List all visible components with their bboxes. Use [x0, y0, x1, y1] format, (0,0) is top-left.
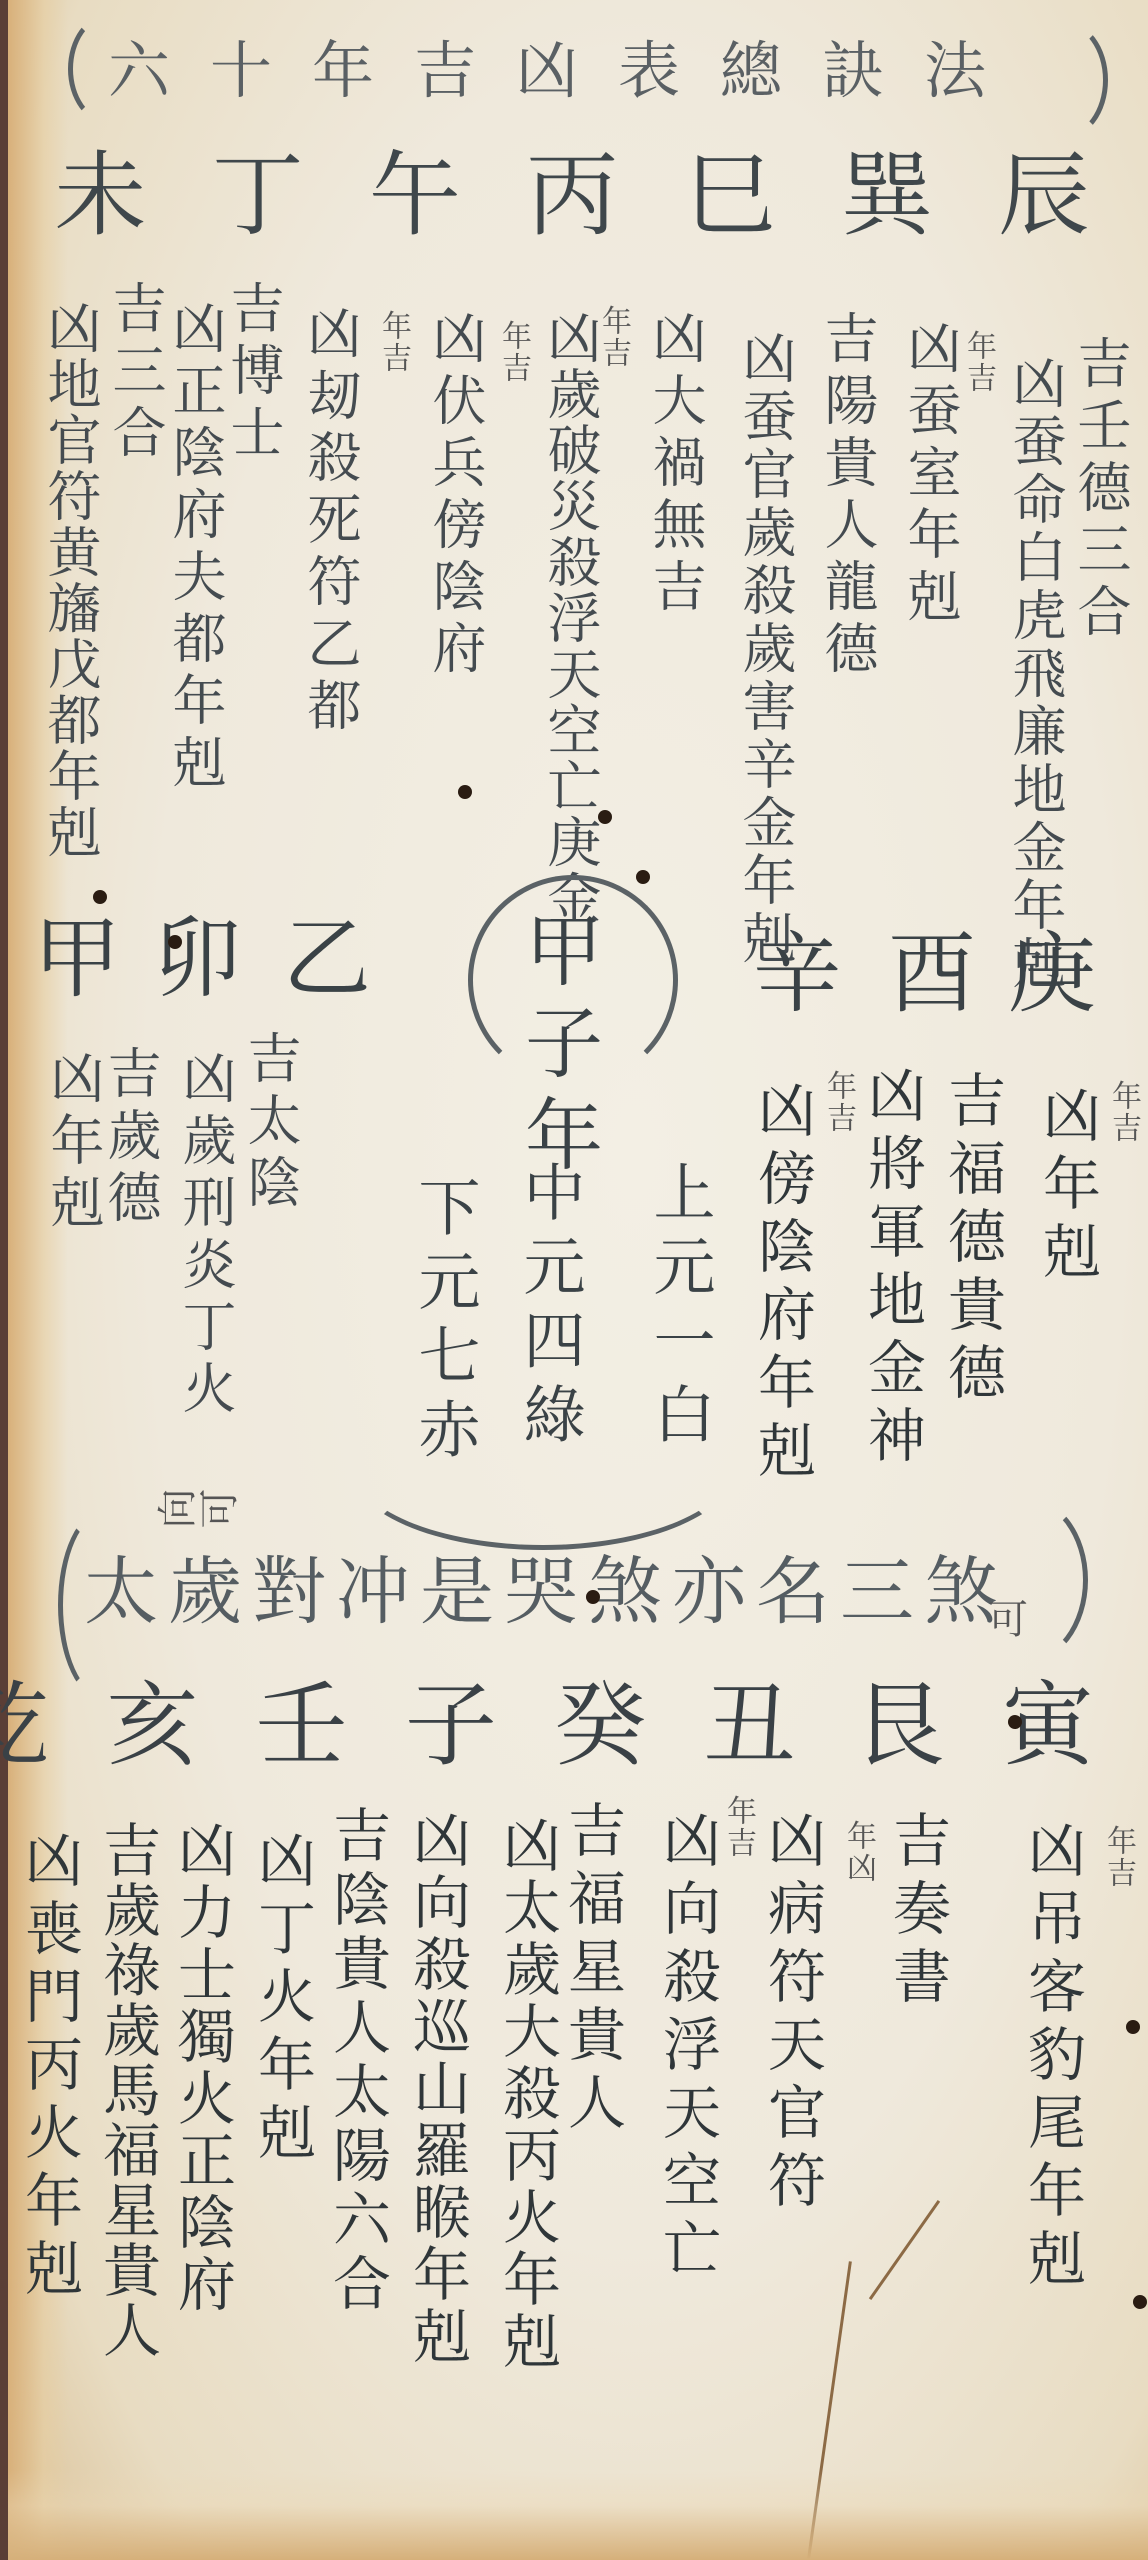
direction-gen: 艮 — [853, 1672, 959, 1779]
annotation-column: 吉陰貴人太陽六合 — [328, 1805, 386, 2317]
annotation-column: 凶大禍無吉 — [648, 310, 702, 620]
annotation-column: 凶歲刑炎丁火 — [178, 1050, 232, 1422]
direction-wu: 午 — [369, 142, 479, 249]
annotation-column: 凶刼殺死符乙都 — [303, 305, 357, 739]
annotation-column: 凶地官符黄旛戊都年剋 — [43, 300, 97, 860]
paper-crack — [807, 2261, 852, 2558]
annotation-column: 凶病符天官符 — [763, 1810, 821, 2218]
annotation-column: 凶太歲大殺丙火年剋 — [498, 1815, 556, 2373]
direction-chen: 辰 — [998, 142, 1108, 249]
direction-ding: 丁 — [212, 142, 322, 249]
banner-arc-mid — [348, 1380, 738, 1550]
bottom-direction-row: 戌 乾 亥 壬 子 癸 丑 艮 寅 — [28, 1680, 1108, 1772]
annotation-column: 凶蚕命白虎飛廉地金年剋 — [1008, 355, 1062, 993]
center-year: 甲子年 — [518, 910, 596, 1186]
worm-hole — [1133, 2295, 1147, 2309]
banner-right-note: 可 — [988, 1600, 1030, 1640]
year-note: 年吉 — [1103, 1825, 1133, 1889]
year-note: 年吉 — [823, 1070, 853, 1134]
direction-yi: 乙 — [283, 915, 371, 1003]
worm-hole — [93, 890, 107, 904]
direction-you: 酉 — [888, 930, 976, 1018]
direction-xin: 辛 — [753, 930, 841, 1018]
annotation-column: 凶吊客豹尾年剋 — [1023, 1820, 1081, 2296]
paper-crack — [869, 2200, 940, 2300]
annotation-column: 凶年剋 — [1038, 1085, 1096, 1289]
direction-bing: 丙 — [526, 142, 636, 249]
direction-xun: 巽 — [841, 142, 951, 249]
annotation-column: 凶丁火年剋 — [253, 1830, 311, 2170]
annotation-column: 凶伏兵傍陰府 — [428, 310, 482, 682]
direction-gui: 癸 — [554, 1672, 660, 1779]
annotation-column: 吉三合 — [108, 280, 162, 466]
worm-hole — [586, 1590, 600, 1604]
banner-left-note: 向可 — [156, 1492, 240, 1532]
worm-hole — [458, 785, 472, 799]
worm-hole — [1126, 2020, 1140, 2034]
manuscript-page: 六十年吉凶表總訣法 申 坤 未 丁 午 丙 巳 巽 辰 吉壬德三合 凶蚕命白虎飛… — [8, 0, 1148, 2560]
direction-si: 巳 — [683, 142, 793, 249]
worm-hole — [1008, 1715, 1022, 1729]
annotation-column: 凶向殺巡山羅睺年剋 — [408, 1810, 466, 2368]
year-note: 年吉 — [598, 305, 628, 369]
top-direction-row: 申 坤 未 丁 午 丙 巳 巽 辰 — [48, 150, 1108, 242]
annotation-column: 凶蚕室年剋 — [903, 320, 957, 630]
direction-wei: 未 — [54, 142, 164, 249]
annotation-column: 吉歲祿歲馬福星貴人 — [98, 1820, 156, 2360]
annotation-column: 凶喪門丙火年剋 — [20, 1830, 78, 2306]
annotation-column: 吉福德貴德 — [943, 1070, 1001, 1410]
direction-geng: 庚 — [1008, 930, 1096, 1018]
annotation-column: 凶向殺浮天空亡 — [658, 1810, 716, 2286]
annotation-column: 凶將軍地金神 — [863, 1065, 921, 1473]
year-note: 年吉 — [1108, 1080, 1138, 1144]
direction-chou: 丑 — [703, 1672, 809, 1779]
direction-jia: 甲 — [33, 915, 121, 1003]
annotation-column: 凶正陰府夫都年剋 — [168, 300, 222, 796]
annotation-column: 凶蚕官歲殺歲害辛金年剋 — [738, 330, 792, 968]
worm-hole — [168, 935, 182, 949]
annotation-column: 吉陽貴人龍德 — [820, 310, 874, 682]
annotation-column: 凶歲破災殺浮天空亡庚金 — [543, 310, 597, 926]
title-bracket-right — [1018, 20, 1108, 140]
direction-kun: 坤 — [0, 142, 7, 249]
direction-zi: 子 — [405, 1672, 511, 1779]
banner-text: 太歲對冲是哭煞亦名三煞 — [88, 1555, 1008, 1629]
annotation-column: 凶力士獨火正陰府 — [173, 1820, 231, 2316]
year-note: 年凶 — [843, 1820, 873, 1884]
direction-qian: 乾 — [0, 1672, 63, 1779]
worm-hole — [598, 810, 612, 824]
annotation-column: 吉歲德 — [103, 1045, 157, 1231]
worm-hole — [636, 870, 650, 884]
direction-hai: 亥 — [106, 1672, 212, 1779]
annotation-column: 吉福星貴人 — [563, 1800, 621, 2140]
annotation-column: 凶年剋 — [46, 1050, 100, 1236]
year-note: 年吉 — [963, 330, 993, 394]
year-note: 年吉 — [498, 320, 528, 384]
direction-mao: 卯 — [153, 915, 241, 1003]
year-note: 年吉 — [723, 1795, 753, 1859]
annotation-column: 凶傍陰府年剋 — [753, 1080, 811, 1488]
year-note: 年吉 — [378, 310, 408, 374]
page-title: 六十年吉凶表總訣法 — [108, 40, 1026, 102]
annotation-column: 吉博士 — [226, 280, 280, 466]
direction-ren: 壬 — [256, 1672, 362, 1779]
annotation-column: 吉壬德三合 — [1073, 335, 1127, 645]
annotation-column: 吉奏書 — [888, 1810, 946, 2014]
annotation-column: 吉太陰 — [243, 1030, 297, 1216]
